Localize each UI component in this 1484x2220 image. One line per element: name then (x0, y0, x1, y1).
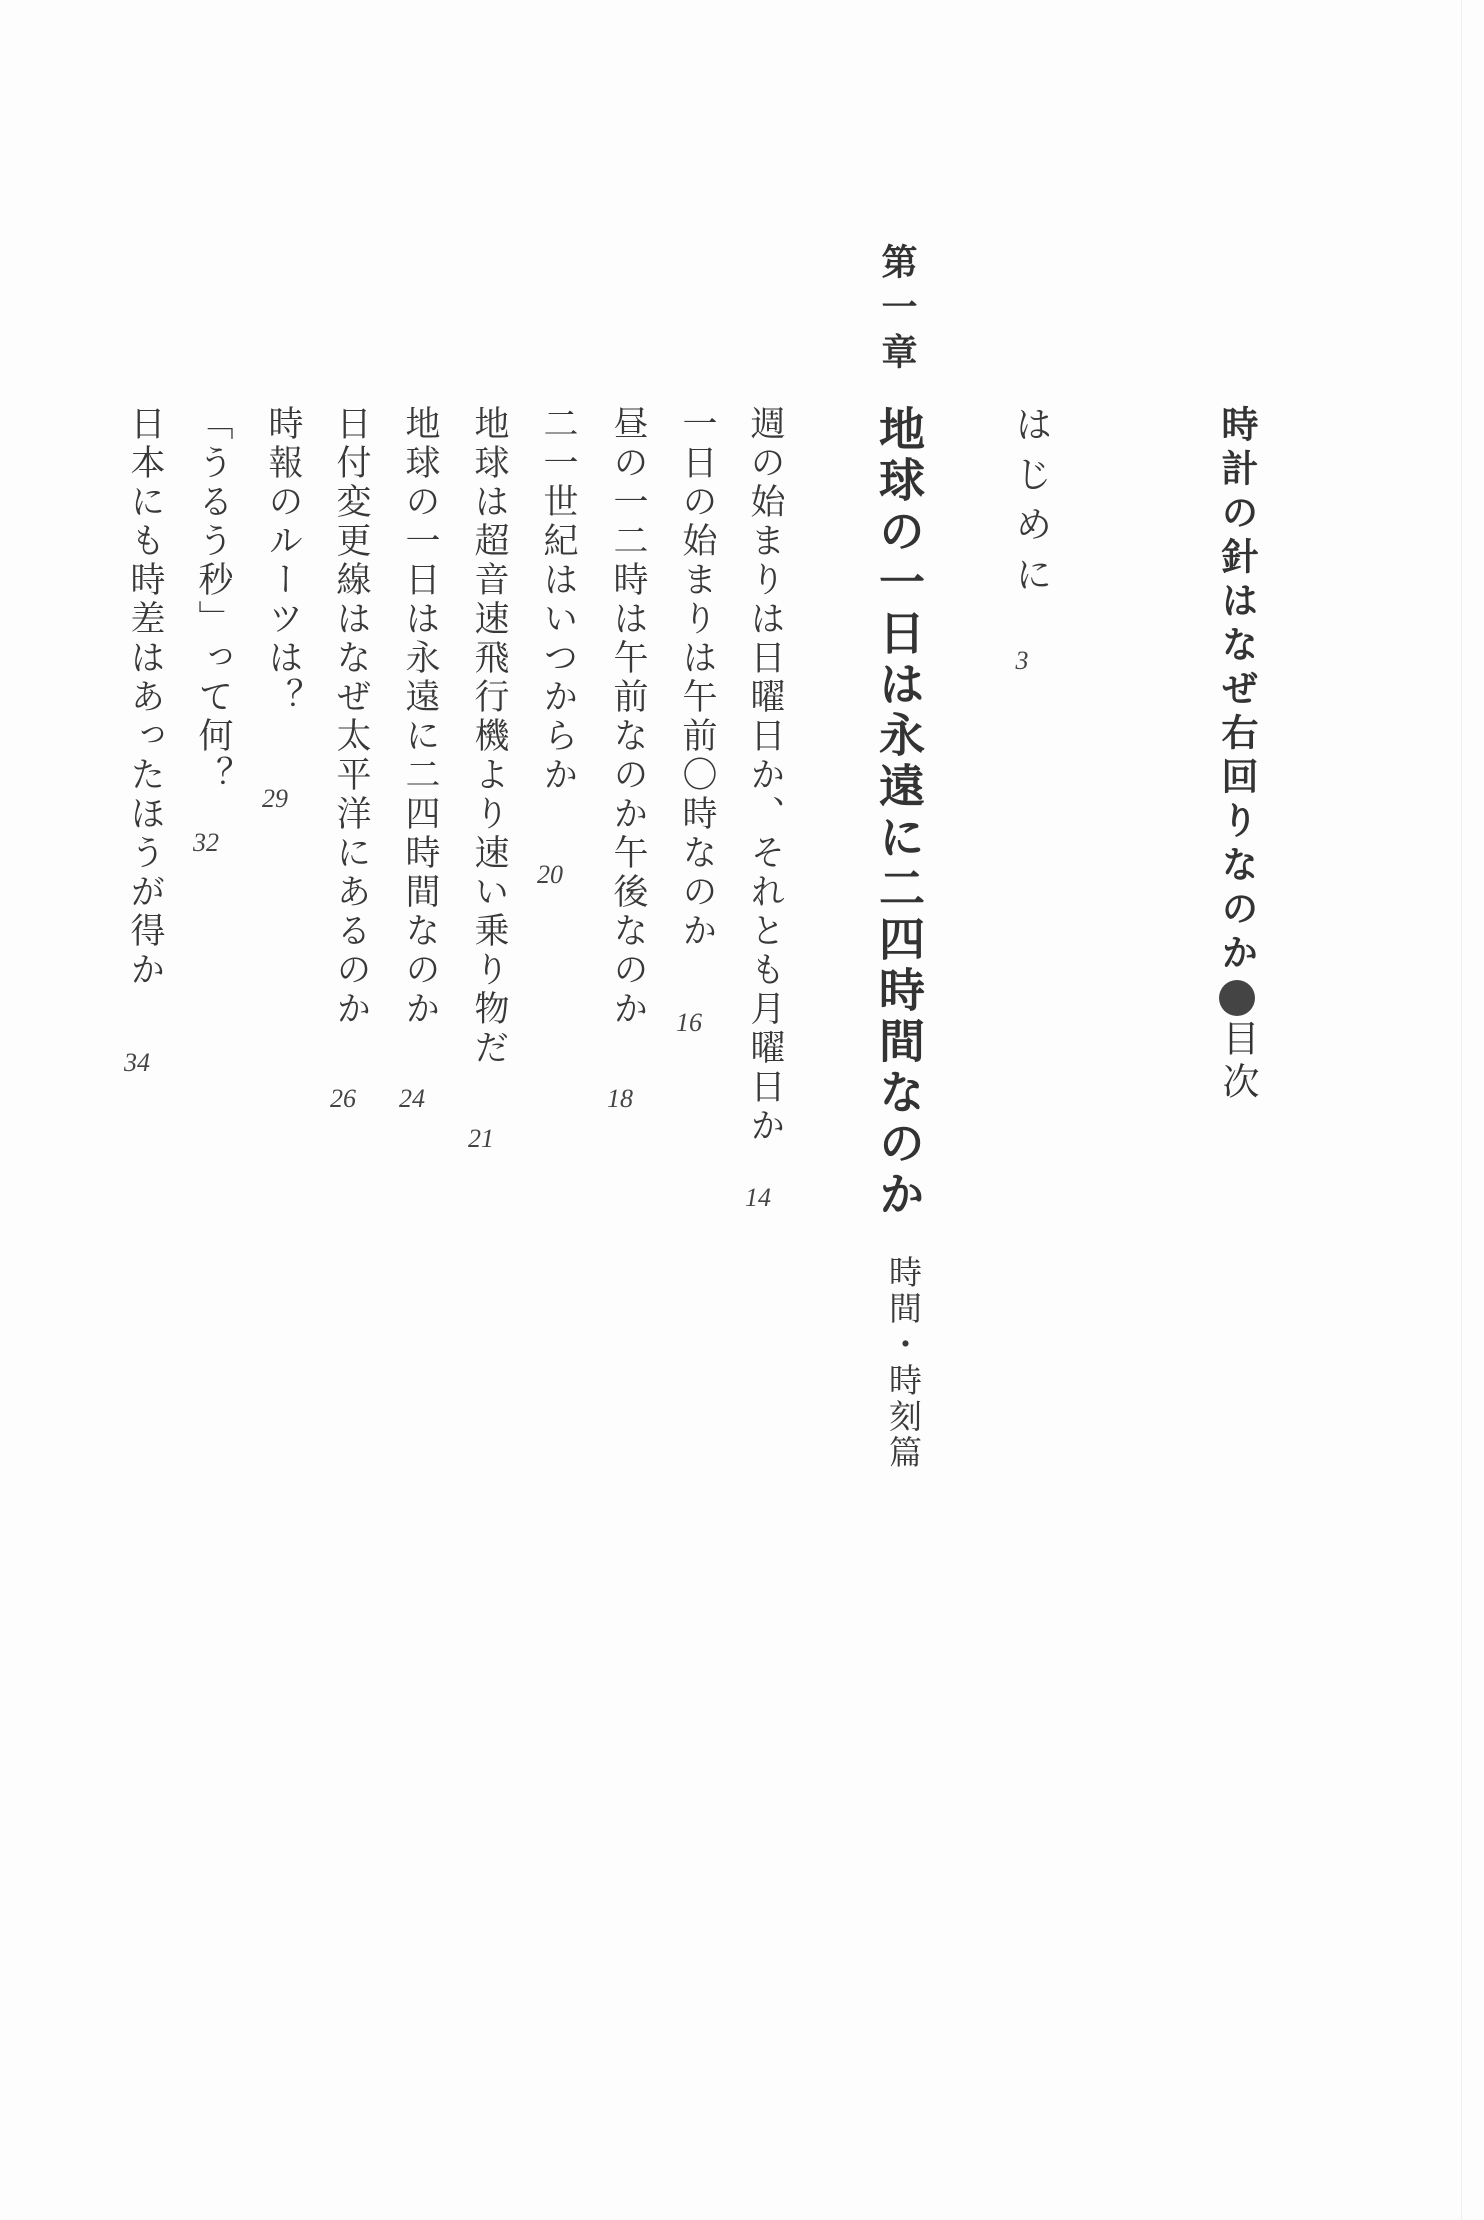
toc-entry[interactable]: 日付変更線はなぜ太平洋にあるのか (326, 405, 376, 1029)
chapter-subtitle: 時間・時刻篇 (880, 1255, 927, 1471)
chapter-label: 第一章 (872, 243, 923, 378)
toc-entry[interactable]: 日本にも時差はあったほうが得か (120, 405, 170, 990)
book-title: 時計の針はなぜ右回りなのか目次 (1210, 405, 1264, 1105)
toc-entry[interactable]: 「うるう秒」って何？ (188, 405, 238, 795)
entry-page-number: 29 (245, 784, 305, 814)
toc-entry-intro[interactable]: はじめに (1003, 405, 1057, 605)
toc-entry[interactable]: 地球の一日は永遠に二四時間なのか (395, 405, 445, 1029)
page-edge (1461, 0, 1462, 2220)
toc-entry[interactable]: 週の始まりは日曜日か、それとも月曜日か (740, 405, 790, 1146)
entry-page-number: 20 (520, 860, 580, 890)
entry-page-number: 26 (313, 1084, 373, 1114)
book-title-text: 時計の針はなぜ右回りなのか (1215, 405, 1259, 977)
entry-page-number: 18 (590, 1084, 650, 1114)
toc-entry[interactable]: 昼の一二時は午前なのか午後なのか (603, 405, 653, 1029)
entry-page-number: 34 (107, 1048, 167, 1078)
entry-page-number: 32 (176, 828, 236, 858)
entry-page-number: 21 (451, 1124, 511, 1154)
entry-page-number: 14 (728, 1183, 788, 1213)
toc-label: 目次 (1216, 1019, 1259, 1105)
toc-entry[interactable]: 二一世紀はいつからか (533, 405, 583, 795)
bullet-marker-icon (1219, 980, 1255, 1016)
entry-page-number: 24 (382, 1084, 442, 1114)
toc-entry[interactable]: 一日の始まりは午前〇時なのか (672, 405, 722, 951)
chapter-title[interactable]: 地球の一日は永遠に二四時間なのか (866, 405, 932, 1221)
intro-page-number: 3 (992, 646, 1052, 676)
toc-entry[interactable]: 地球は超音速飛行機より速い乗り物だ (464, 405, 514, 1068)
entry-page-number: 16 (659, 1008, 719, 1038)
toc-entry[interactable]: 時報のルーツは？ (258, 405, 308, 717)
intro-label: はじめに (1009, 405, 1052, 605)
